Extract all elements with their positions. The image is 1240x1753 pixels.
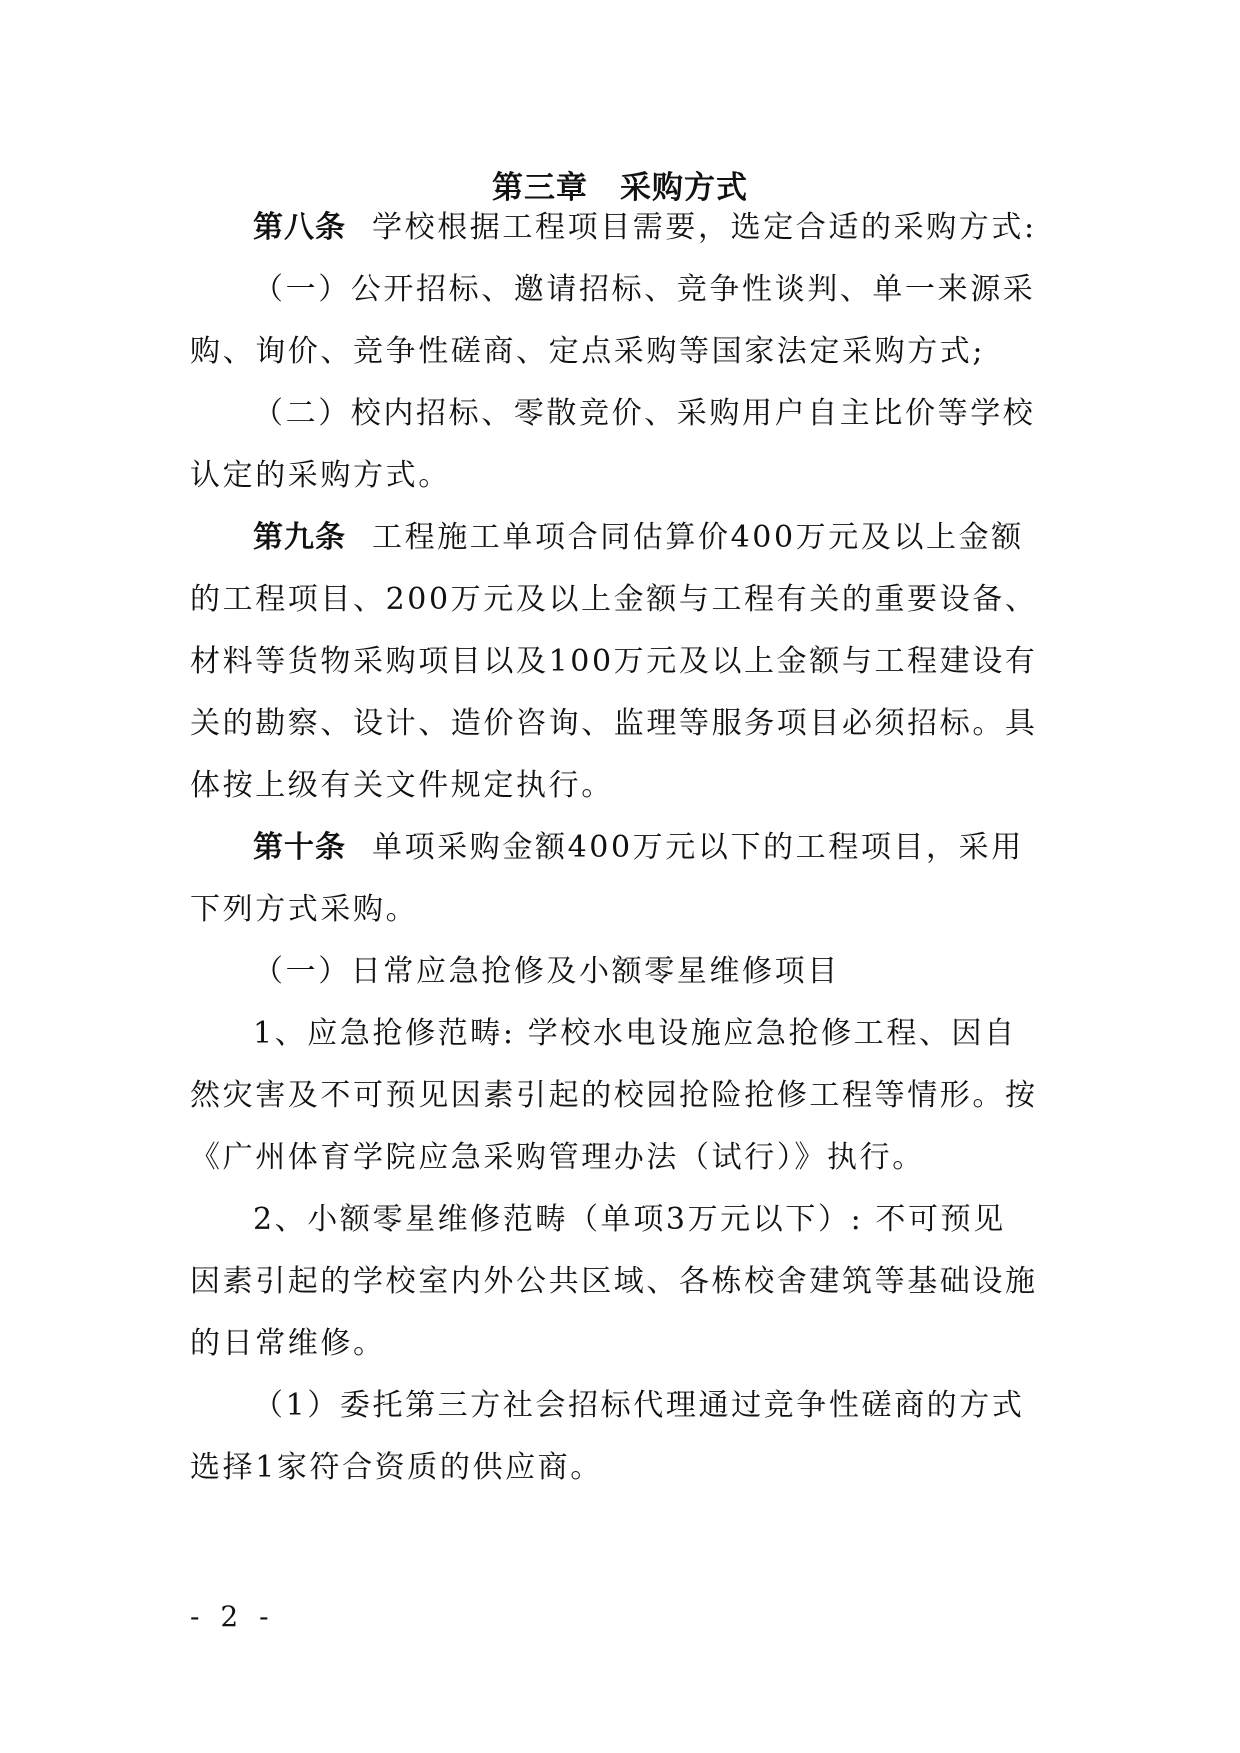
article-10-point-1-line-2: 然灾害及不可预见因素引起的校园抢险抢修工程等情形。按 xyxy=(190,1076,1050,1116)
article-8-item-1-line-2: 购、询价、竞争性磋商、定点采购等国家法定采购方式; xyxy=(190,332,1050,372)
article-10-line-1: 第十条单项采购金额400万元以下的工程项目，采用 xyxy=(253,828,1113,868)
article-9-line-5: 体按上级有关文件规定执行。 xyxy=(190,766,1050,806)
article-9-line-3: 材料等货物采购项目以及100万元及以上金额与工程建设有 xyxy=(190,642,1050,682)
article-10-section-1-heading: （一）日常应急抢修及小额零星维修项目 xyxy=(253,952,1113,992)
article-10-point-2-line-2: 因素引起的学校室内外公共区域、各栋校舍建筑等基础设施 xyxy=(190,1262,1050,1302)
article-10-label: 第十条 xyxy=(253,830,346,865)
document-page: 第三章采购方式 第八条学校根据工程项目需要，选定合适的采购方式: （一）公开招标… xyxy=(0,0,1240,1753)
article-8-item-2-line-2: 认定的采购方式。 xyxy=(190,456,1050,496)
article-8-label: 第八条 xyxy=(253,210,346,245)
article-8-item-2-line-1: （二）校内招标、零散竞价、采购用户自主比价等学校 xyxy=(253,394,1113,434)
chapter-title: 第三章采购方式 xyxy=(0,162,1240,207)
chapter-number: 第三章 xyxy=(492,170,588,206)
chapter-name: 采购方式 xyxy=(620,170,748,206)
article-9-line-1: 第九条工程施工单项合同估算价400万元及以上金额 xyxy=(253,518,1113,558)
article-9-label: 第九条 xyxy=(253,520,346,555)
article-9-line-4: 关的勘察、设计、造价咨询、监理等服务项目必须招标。具 xyxy=(190,704,1050,744)
article-10-point-1-line-3: 《广州体育学院应急采购管理办法（试行）》执行。 xyxy=(190,1138,1050,1178)
article-8-item-1-line-1: （一）公开招标、邀请招标、竞争性谈判、单一来源采 xyxy=(253,270,1113,310)
article-10-sub-1-line-1: （1）委托第三方社会招标代理通过竞争性磋商的方式 xyxy=(253,1386,1113,1426)
page-number: - 2 - xyxy=(190,1600,275,1633)
article-10-line-2: 下列方式采购。 xyxy=(190,890,1050,930)
article-10-point-2-line-3: 的日常维修。 xyxy=(190,1324,1050,1364)
article-10-point-2-line-1: 2、小额零星维修范畴（单项3万元以下）: 不可预见 xyxy=(253,1200,1113,1240)
article-10-sub-1-line-2: 选择1家符合资质的供应商。 xyxy=(190,1448,1050,1488)
article-10-point-1-line-1: 1、应急抢修范畴: 学校水电设施应急抢修工程、因自 xyxy=(253,1014,1113,1054)
article-9-line-2: 的工程项目、200万元及以上金额与工程有关的重要设备、 xyxy=(190,580,1050,620)
article-8-intro: 第八条学校根据工程项目需要，选定合适的采购方式: xyxy=(253,208,1113,248)
